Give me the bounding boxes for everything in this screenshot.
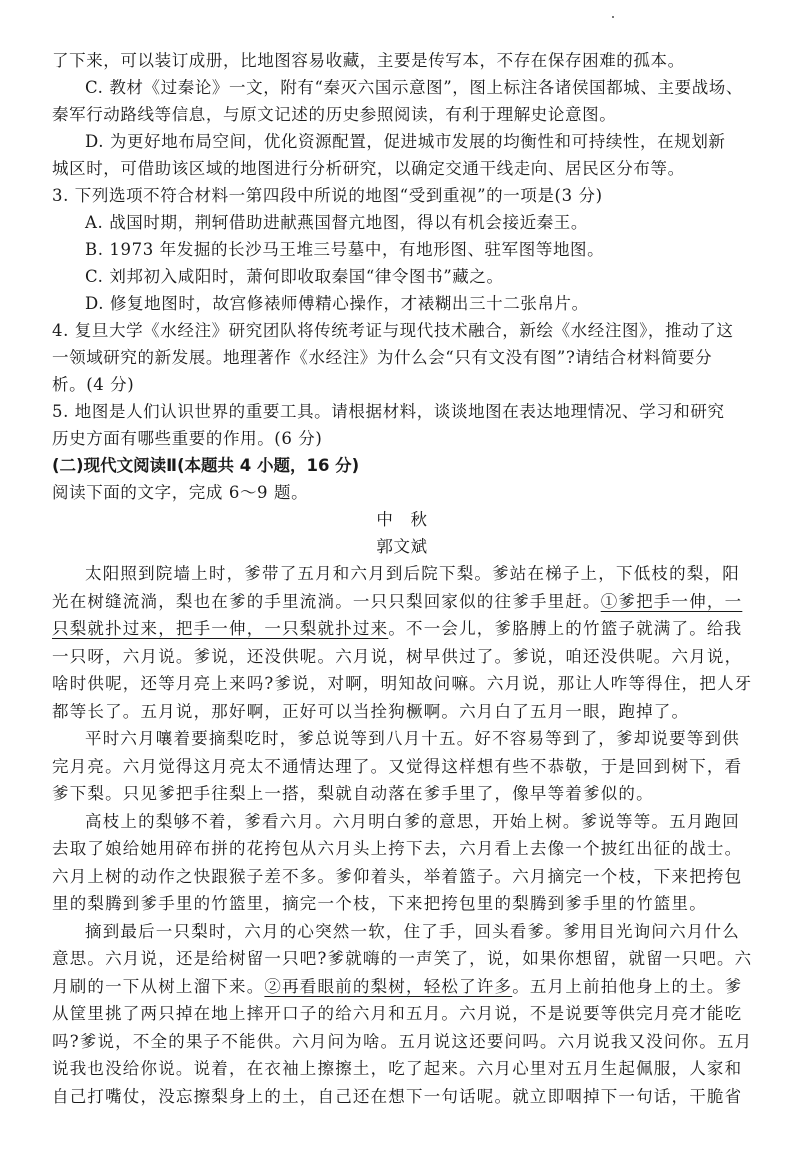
section-heading: (二)现代文阅读Ⅱ(本题共 4 小题，16 分) bbox=[52, 452, 752, 479]
story-p1-l5: 啥时供呢，还等月亮上来吗?爹说，对啊，明知故问嘛。六月说，那让人咋等得住，把人牙 bbox=[52, 670, 752, 698]
exam-page: 了下来，可以装订成册，比地图容易收藏，主要是传写本，不存在保存困难的孤本。 C.… bbox=[52, 47, 752, 1110]
q3-option-c: C. 刘邦初入咸阳时，萧何即收取秦国“律令图书”藏之。 bbox=[52, 263, 752, 290]
story-p1-l2: 光在树缝流淌，梨也在爹的手里流淌。一只只梨回家似的往爹手里赶。①爹把手一伸，一 bbox=[52, 588, 752, 616]
story-p1-l2-text: 光在树缝流淌，梨也在爹的手里流淌。一只只梨回家似的往爹手里赶。 bbox=[52, 592, 601, 611]
story-p3-l2: 去取了娘给她用碎布拼的花挎包从六月头上挎下去，六月看上去像一个披红出征的战士。 bbox=[52, 835, 752, 863]
story-p3-l1: 高枝上的梨够不着，爹看六月。六月明白爹的意思，开始上树。爹说等等。五月跑回 bbox=[52, 808, 752, 836]
scan-speck bbox=[612, 16, 614, 18]
story-author: 郭文斌 bbox=[52, 533, 752, 560]
story-p1-l3-text: 。不一会儿，爹胳膊上的竹篮子就满了。给我 bbox=[388, 619, 742, 638]
q3-option-b: B. 1973 年发掘的长沙马王堆三号墓中，有地形图、驻军图等地图。 bbox=[52, 236, 752, 263]
underlined-sentence-2: ②再看眼前的梨树，轻松了许多 bbox=[264, 977, 512, 996]
q2-option-c-line1: C. 教材《过秦论》一文，附有“秦灭六国示意图”，图上标注各诸侯国都城、主要战场… bbox=[52, 74, 752, 101]
q4-line2: 一领域研究的新发展。地理著作《水经注》为什么会“只有文没有图”?请结合材料简要分 bbox=[52, 344, 752, 371]
q5-line2: 历史方面有哪些重要的作用。(6 分) bbox=[52, 425, 752, 452]
q3-option-d: D. 修复地图时，故宫修裱师傅精心操作，才裱糊出三十二张帛片。 bbox=[52, 290, 752, 317]
story-p4-l6: 说我也没给你说。说着，在衣袖上擦擦土，吃了起来。六月心里对五月生起佩服，人家和 bbox=[52, 1055, 752, 1083]
q2-option-b-tail: 了下来，可以装订成册，比地图容易收藏，主要是传写本，不存在保存困难的孤本。 bbox=[52, 47, 752, 74]
story-p1-l4: 一只呀，六月说。爹说，还没供呢。六月说，树早供过了。爹说，咱还没供呢。六月说， bbox=[52, 643, 752, 671]
story-p4-l1: 摘到最后一只梨时，六月的心突然一软，住了手，回头看爹。爹用目光询问六月什么 bbox=[52, 918, 752, 946]
story-p3-l3: 六月上树的动作之快跟猴子差不多。爹仰着头，举着篮子。六月摘完一个枝，下来把挎包 bbox=[52, 863, 752, 891]
q3-option-a: A. 战国时期，荆轲借助进献燕国督亢地图，得以有机会接近秦王。 bbox=[52, 209, 752, 236]
story-p2-l3: 爹下梨。只见爹把手往梨上一搭，梨就自动落在爹手里了，像早等着爹似的。 bbox=[52, 780, 752, 808]
story-p4-l3-text-post: 。五月上前拍他身上的土。爹 bbox=[512, 977, 742, 996]
q2-option-d-line2: 城区时，可借助该区域的地图进行分析研究，以确定交通干线走向、居民区分布等。 bbox=[52, 155, 752, 182]
story-p4-l5: 吗?爹说，不全的果子不能供。六月问为啥。五月说这还要问吗。六月说我又没问你。五月 bbox=[52, 1028, 752, 1056]
story-body: 太阳照到院墙上时，爹带了五月和六月到后院下梨。爹站在梯子上，下低枝的梨，阳 光在… bbox=[52, 560, 752, 1110]
story-p4-l3-text: 月刷的一下从树上溜下来。 bbox=[52, 977, 264, 996]
story-p1-l3: 只梨就扑过来，把手一伸，一只梨就扑过来。不一会儿，爹胳膊上的竹篮子就满了。给我 bbox=[52, 615, 752, 643]
q4-line1: 4. 复旦大学《水经注》研究团队将传统考证与现代技术融合，新绘《水经注图》，推动… bbox=[52, 317, 752, 344]
story-p4-l4: 从筐里挑了两只掉在地上摔开口子的给六月和五月。六月说，不是说要等供完月亮才能吃 bbox=[52, 1000, 752, 1028]
q2-option-c-line2: 秦军行动路线等信息，与原文记述的历史参照阅读，有利于理解史论意图。 bbox=[52, 101, 752, 128]
q2-option-d-line1: D. 为更好地布局空间，优化资源配置，促进城市发展的均衡性和可持续性，在规划新 bbox=[52, 128, 752, 155]
underlined-sentence-1-cont: 只梨就扑过来，把手一伸，一只梨就扑过来 bbox=[52, 619, 388, 638]
section-instruction: 阅读下面的文字，完成 6～9 题。 bbox=[52, 479, 752, 506]
story-p2-l1: 平时六月嚷着要摘梨吃时，爹总说等到八月十五。好不容易等到了，爹却说要等到供 bbox=[52, 725, 752, 753]
q4-line3: 析。(4 分) bbox=[52, 371, 752, 398]
story-p4-l3: 月刷的一下从树上溜下来。②再看眼前的梨树，轻松了许多。五月上前拍他身上的土。爹 bbox=[52, 973, 752, 1001]
story-p3-l4: 里的梨腾到爹手里的竹篮里，摘完一个枝，下来把挎包里的梨腾到爹手里的竹篮里。 bbox=[52, 890, 752, 918]
story-p1-l6: 都等长了。五月说，那好啊，正好可以当拴狗橛啊。六月白了五月一眼，跑掉了。 bbox=[52, 698, 752, 726]
underlined-sentence-1: ①爹把手一伸，一 bbox=[601, 592, 743, 611]
story-p1-l1: 太阳照到院墙上时，爹带了五月和六月到后院下梨。爹站在梯子上，下低枝的梨，阳 bbox=[52, 560, 752, 588]
story-p4-l2: 意思。六月说，还是给树留一只吧?爹就嗨的一声笑了，说，如果你想留，就留一只吧。六 bbox=[52, 945, 752, 973]
story-title: 中 秋 bbox=[52, 506, 752, 533]
q5-line1: 5. 地图是人们认识世界的重要工具。请根据材料，谈谈地图在表达地理情况、学习和研… bbox=[52, 398, 752, 425]
story-p4-l7: 自己打嘴仗，没忘擦梨身上的土，自己还在想下一句话呢。就立即咽掉下一句话，干脆省 bbox=[52, 1083, 752, 1111]
q3-stem: 3. 下列选项不符合材料一第四段中所说的地图“受到重视”的一项是(3 分) bbox=[52, 182, 752, 209]
story-p2-l2: 完月亮。六月觉得这月亮太不通情达理了。又觉得这样想有些不恭敬，于是回到树下，看 bbox=[52, 753, 752, 781]
